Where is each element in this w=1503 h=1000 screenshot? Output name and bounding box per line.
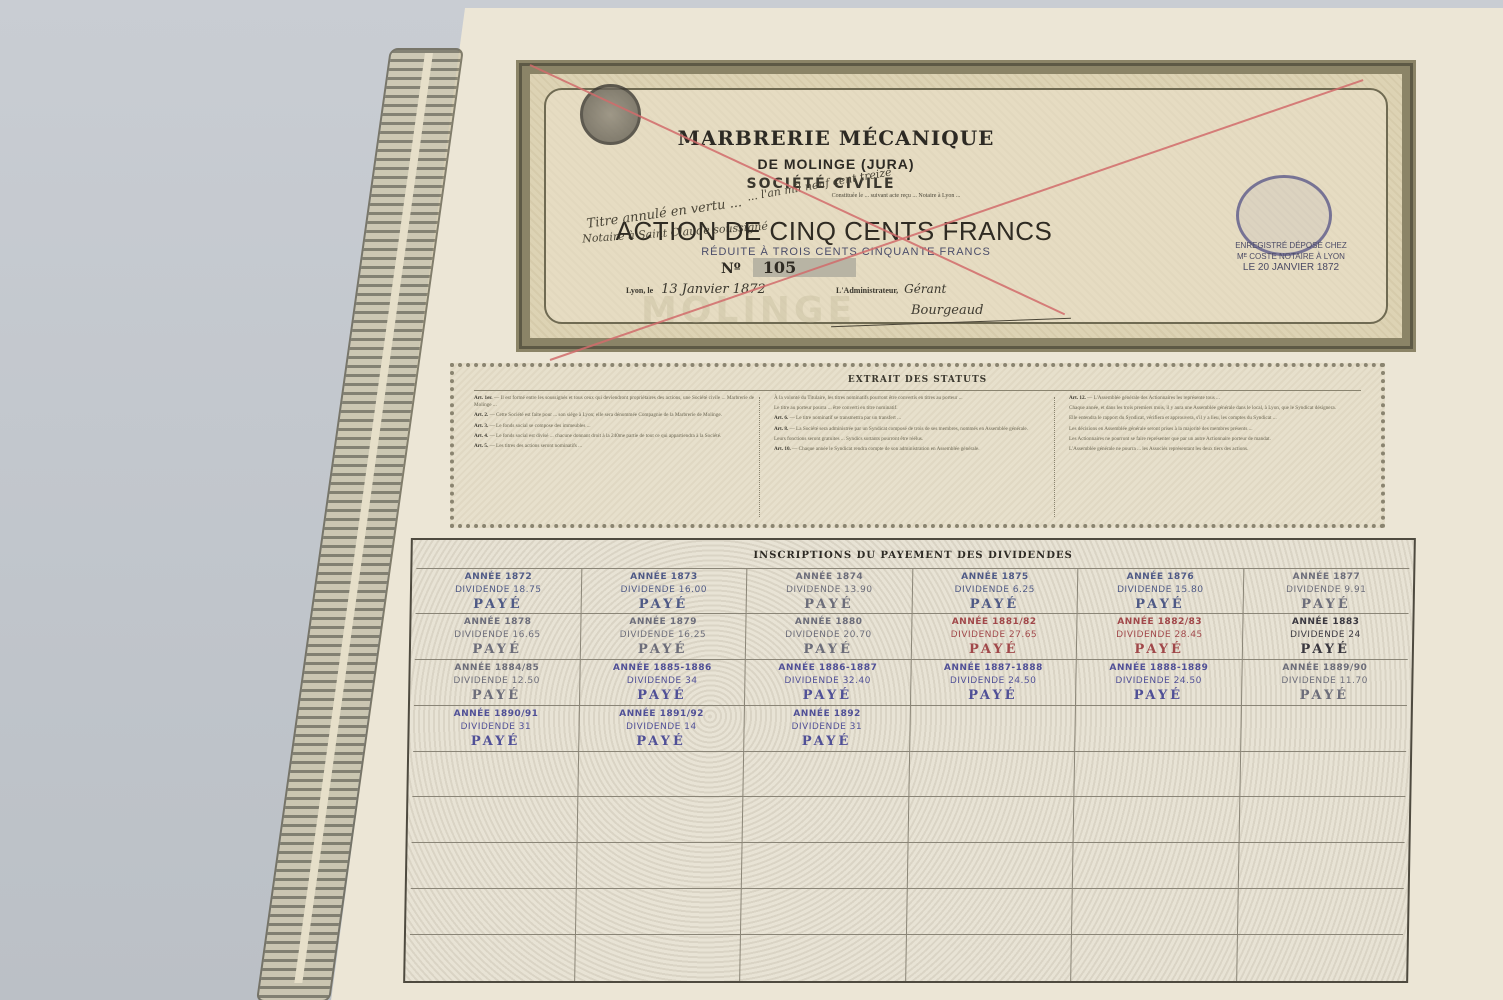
dividend-cell xyxy=(1237,889,1403,935)
dividend-cell xyxy=(1071,935,1237,981)
dividend-cell xyxy=(575,889,741,935)
dividend-year: ANNÉE 1874 xyxy=(747,571,912,584)
paid-label: PAYÉ xyxy=(1242,642,1408,658)
paid-label: PAYÉ xyxy=(745,688,910,704)
paid-stamp: ANNÉE 1872DIVIDENDE 18.75PAYÉ xyxy=(416,571,581,613)
statute-article: Art. 5. — Les titres des actions seront … xyxy=(474,443,754,450)
dividend-cell xyxy=(741,889,907,935)
dividend-amount: DIVIDENDE 16.00 xyxy=(581,584,746,597)
paid-label: PAYÉ xyxy=(579,734,744,750)
paid-label: PAYÉ xyxy=(580,642,745,658)
signature-line xyxy=(831,318,1071,327)
dividend-year: ANNÉE 1887-1888 xyxy=(911,662,1076,675)
dividend-payments-table: INSCRIPTIONS DU PAYEMENT DES DIVIDENDES … xyxy=(403,538,1416,983)
dividend-cell xyxy=(1074,752,1240,798)
statute-article: À la volonté du Titulaire, les titres no… xyxy=(774,395,1054,402)
dividend-amount: DIVIDENDE 34 xyxy=(580,675,745,688)
dividend-cell: ANNÉE 1877DIVIDENDE 9.91PAYÉ xyxy=(1243,568,1409,614)
dividend-cell xyxy=(410,889,576,935)
dividend-cell: ANNÉE 1874DIVIDENDE 13.90PAYÉ xyxy=(747,568,913,614)
dividend-cell: ANNÉE 1884/85DIVIDENDE 12.50PAYÉ xyxy=(414,660,580,706)
article-label: Art. 3. xyxy=(474,423,490,429)
dividend-year: ANNÉE 1882/83 xyxy=(1077,616,1242,629)
dividend-cell: ANNÉE 1890/91DIVIDENDE 31PAYÉ xyxy=(413,706,579,752)
dividend-cell xyxy=(908,797,1074,843)
dividend-cell: ANNÉE 1873DIVIDENDE 16.00PAYÉ xyxy=(581,568,747,614)
certificate-header-panel: MOLINGE MARBRERIE MÉCANIQUE DE MOLINGE (… xyxy=(516,60,1416,352)
dividend-cell: ANNÉE 1888-1889DIVIDENDE 24.50PAYÉ xyxy=(1076,660,1242,706)
paid-label: PAYÉ xyxy=(1241,688,1407,704)
dividend-cell xyxy=(1072,889,1238,935)
dividend-year: ANNÉE 1883 xyxy=(1243,616,1409,629)
dividend-cell xyxy=(412,797,578,843)
dividend-cell: ANNÉE 1876DIVIDENDE 15.80PAYÉ xyxy=(1078,568,1244,614)
paid-stamp: ANNÉE 1874DIVIDENDE 13.90PAYÉ xyxy=(747,571,912,613)
paid-label: PAYÉ xyxy=(579,688,744,704)
paid-label: PAYÉ xyxy=(911,642,1076,658)
statute-article: Art. 8. — La Société sera administrée pa… xyxy=(774,426,1054,433)
statutes-column-1: Art. 1er. — Il est formé entre les souss… xyxy=(474,395,754,453)
dividend-cell xyxy=(1239,797,1405,843)
paid-stamp: ANNÉE 1880DIVIDENDE 20.70PAYÉ xyxy=(746,616,911,658)
paid-stamp: ANNÉE 1875DIVIDENDE 6.25PAYÉ xyxy=(912,571,1077,613)
administrator-block: L'Administrateur,Gérant xyxy=(836,282,946,296)
statute-article: Chaque année, et dans les trois premiers… xyxy=(1069,405,1349,412)
article-label: Art. 10. xyxy=(774,446,792,452)
statute-article: Art. 6. — Le titre nominatif se transmet… xyxy=(774,415,1054,422)
dividend-year: ANNÉE 1873 xyxy=(582,571,747,584)
dividend-year: ANNÉE 1880 xyxy=(746,616,911,629)
dividend-amount: DIVIDENDE 24 xyxy=(1243,629,1409,642)
dividend-cell xyxy=(578,752,744,798)
certificate-inner-frame: MOLINGE MARBRERIE MÉCANIQUE DE MOLINGE (… xyxy=(544,88,1388,324)
dividend-cell xyxy=(409,935,575,981)
dividend-amount: DIVIDENDE 13.90 xyxy=(747,584,912,597)
dividend-cell xyxy=(907,843,1073,889)
statute-article: Art. 1er. — Il est formé entre les souss… xyxy=(474,395,754,409)
paid-label: PAYÉ xyxy=(1077,642,1242,658)
registration-date: LE 20 JANVIER 1872 xyxy=(1226,262,1356,273)
dividend-year: ANNÉE 1875 xyxy=(913,571,1078,584)
dividend-cell: ANNÉE 1883DIVIDENDE 24PAYÉ xyxy=(1242,614,1408,660)
dividend-cell xyxy=(910,706,1076,752)
issue-place-date: Lyon, le13 Janvier 1872 xyxy=(626,282,766,297)
dividend-cell: ANNÉE 1882/83DIVIDENDE 28.45PAYÉ xyxy=(1077,614,1243,660)
dividend-cell: ANNÉE 1889/90DIVIDENDE 11.70PAYÉ xyxy=(1241,660,1407,706)
paid-label: PAYÉ xyxy=(746,642,911,658)
dividend-cell xyxy=(743,752,909,798)
statutes-column-3: Art. 12. — L'Assemblée générale des Acti… xyxy=(1069,395,1349,456)
column-divider xyxy=(1054,397,1055,517)
dividend-amount: DIVIDENDE 6.25 xyxy=(912,584,1077,597)
article-label: Art. 1er. xyxy=(474,395,494,401)
registration-stamp-text: ENREGISTRÉ DÉPOSÉ CHEZ Mᴱ COSTE NOTAIRE … xyxy=(1226,240,1356,273)
article-label: Art. 4. xyxy=(474,433,490,439)
dividend-year: ANNÉE 1892 xyxy=(745,708,910,721)
constitution-text: Constituée le ... suivant acte reçu ... … xyxy=(586,193,1206,199)
dividend-amount: DIVIDENDE 28.45 xyxy=(1077,629,1242,642)
paid-stamp: ANNÉE 1891/92DIVIDENDE 14PAYÉ xyxy=(579,708,744,750)
paid-stamp: ANNÉE 1888-1889DIVIDENDE 24.50PAYÉ xyxy=(1076,662,1241,704)
statute-article: Leurs fonctions seront gratuites ... Syn… xyxy=(774,436,1054,443)
dividend-cell xyxy=(1238,843,1404,889)
statute-article: L'Assemblée générale ne pourra ... les A… xyxy=(1069,446,1349,453)
dividend-cell xyxy=(1237,935,1403,981)
dividend-amount: DIVIDENDE 24.50 xyxy=(1076,675,1241,688)
dividend-year: ANNÉE 1888-1889 xyxy=(1076,662,1241,675)
article-label: Art. 8. xyxy=(774,426,790,432)
paid-label: PAYÉ xyxy=(912,597,1077,613)
paid-label: PAYÉ xyxy=(747,597,912,613)
paid-label: PAYÉ xyxy=(416,597,581,613)
paid-stamp: ANNÉE 1877DIVIDENDE 9.91PAYÉ xyxy=(1243,571,1409,613)
paid-label: PAYÉ xyxy=(910,688,1075,704)
statutes-title: EXTRAIT DES STATUTS xyxy=(454,375,1381,385)
statute-article: Elle entendra le rapport du Syndicat, vé… xyxy=(1069,415,1349,422)
paid-label: PAYÉ xyxy=(415,642,580,658)
dividend-cell xyxy=(740,935,906,981)
dividend-year: ANNÉE 1884/85 xyxy=(414,662,579,675)
dividend-cell xyxy=(1240,752,1406,798)
dividend-cell: ANNÉE 1887-1888DIVIDENDE 24.50PAYÉ xyxy=(910,660,1076,706)
statutes-extract-panel: EXTRAIT DES STATUTS Art. 1er. — Il est f… xyxy=(450,363,1385,528)
dividend-amount: DIVIDENDE 16.65 xyxy=(415,629,580,642)
dividend-cell xyxy=(1073,843,1239,889)
dividend-cell xyxy=(906,935,1072,981)
paid-stamp: ANNÉE 1884/85DIVIDENDE 12.50PAYÉ xyxy=(414,662,579,704)
dividend-cell xyxy=(576,843,742,889)
dividend-cell: ANNÉE 1886-1887DIVIDENDE 32.40PAYÉ xyxy=(745,660,911,706)
registration-line-1: ENREGISTRÉ DÉPOSÉ CHEZ xyxy=(1226,240,1356,251)
administrator-label: L'Administrateur, xyxy=(836,286,898,295)
dividend-amount: DIVIDENDE 9.91 xyxy=(1243,584,1409,597)
dividend-amount: DIVIDENDE 31 xyxy=(744,721,909,734)
paid-stamp: ANNÉE 1878DIVIDENDE 16.65PAYÉ xyxy=(415,616,580,658)
statute-article: Art. 4. — Le fonds social est divisé ...… xyxy=(474,433,754,440)
dividend-cell: ANNÉE 1875DIVIDENDE 6.25PAYÉ xyxy=(912,568,1078,614)
statutes-divider xyxy=(474,390,1361,391)
dividend-amount: DIVIDENDE 20.70 xyxy=(746,629,911,642)
paid-stamp: ANNÉE 1876DIVIDENDE 15.80PAYÉ xyxy=(1078,571,1243,613)
statute-article: Le titre au porteur pourra ... être conv… xyxy=(774,405,1054,412)
dividend-cell xyxy=(743,797,909,843)
paid-stamp: ANNÉE 1885-1886DIVIDENDE 34PAYÉ xyxy=(579,662,744,704)
statutes-column-2: À la volonté du Titulaire, les titres no… xyxy=(774,395,1054,456)
dividend-cell xyxy=(412,752,578,798)
dividend-amount: DIVIDENDE 15.80 xyxy=(1078,584,1243,597)
dividend-year: ANNÉE 1876 xyxy=(1078,571,1243,584)
share-title: ACTION DE CINQ CENTS FRANCS xyxy=(614,216,1054,247)
column-divider xyxy=(759,397,760,517)
dividend-cell: ANNÉE 1880DIVIDENDE 20.70PAYÉ xyxy=(746,614,912,660)
dividend-year: ANNÉE 1886-1887 xyxy=(745,662,910,675)
paid-label: PAYÉ xyxy=(414,688,579,704)
paid-label: PAYÉ xyxy=(413,734,578,750)
dividends-title: INSCRIPTIONS DU PAYEMENT DES DIVIDENDES xyxy=(412,550,1413,561)
dividend-cell xyxy=(577,797,743,843)
dividend-year: ANNÉE 1879 xyxy=(581,616,746,629)
dividend-cell xyxy=(909,752,1075,798)
company-location: DE MOLINGE (JURA) xyxy=(696,156,976,172)
dividend-cell xyxy=(411,843,577,889)
dividend-cell: ANNÉE 1881/82DIVIDENDE 27.65PAYÉ xyxy=(911,614,1077,660)
administrator-signature: Bourgeaud xyxy=(911,303,983,318)
article-label: Art. 6. xyxy=(774,415,790,421)
paid-label: PAYÉ xyxy=(1078,597,1243,613)
share-certificate-paper: MOLINGE MARBRERIE MÉCANIQUE DE MOLINGE (… xyxy=(330,8,1503,1000)
dividend-amount: DIVIDENDE 32.40 xyxy=(745,675,910,688)
dividend-cell: ANNÉE 1885-1886DIVIDENDE 34PAYÉ xyxy=(579,660,745,706)
dividend-cell xyxy=(742,843,908,889)
dividend-cell xyxy=(906,889,1072,935)
dividend-amount: DIVIDENDE 31 xyxy=(413,721,578,734)
statute-article: Les décisions en Assemblée générale sero… xyxy=(1069,426,1349,433)
paid-stamp: ANNÉE 1887-1888DIVIDENDE 24.50PAYÉ xyxy=(910,662,1075,704)
statute-article: Les Actionnaires ne pourront se faire re… xyxy=(1069,436,1349,443)
dividend-cell: ANNÉE 1872DIVIDENDE 18.75PAYÉ xyxy=(416,568,582,614)
dividend-year: ANNÉE 1890/91 xyxy=(414,708,579,721)
dividend-year: ANNÉE 1877 xyxy=(1244,571,1410,584)
paid-stamp: ANNÉE 1883DIVIDENDE 24PAYÉ xyxy=(1242,616,1408,658)
dividend-year: ANNÉE 1878 xyxy=(415,616,580,629)
dividend-cell: ANNÉE 1879DIVIDENDE 16.25PAYÉ xyxy=(580,614,746,660)
article-label: Art. 2. xyxy=(474,412,490,418)
paid-label: PAYÉ xyxy=(744,734,909,750)
dividend-amount: DIVIDENDE 18.75 xyxy=(416,584,581,597)
registration-line-2: Mᴱ COSTE NOTAIRE À LYON xyxy=(1226,251,1356,262)
dividend-cell: ANNÉE 1891/92DIVIDENDE 14PAYÉ xyxy=(579,706,745,752)
dividend-cell: ANNÉE 1878DIVIDENDE 16.65PAYÉ xyxy=(415,614,581,660)
dividend-year: ANNÉE 1885-1886 xyxy=(580,662,745,675)
paid-stamp: ANNÉE 1886-1887DIVIDENDE 32.40PAYÉ xyxy=(745,662,910,704)
paid-stamp: ANNÉE 1882/83DIVIDENDE 28.45PAYÉ xyxy=(1077,616,1242,658)
dividend-cell xyxy=(1241,706,1407,752)
article-label: Art. 12. xyxy=(1069,395,1087,401)
paid-stamp: ANNÉE 1873DIVIDENDE 16.00PAYÉ xyxy=(581,571,746,613)
dividend-grid: ANNÉE 1872DIVIDENDE 18.75PAYÉANNÉE 1873D… xyxy=(409,568,1409,981)
paid-stamp: ANNÉE 1890/91DIVIDENDE 31PAYÉ xyxy=(413,708,578,750)
article-label: Art. 5. xyxy=(474,443,490,449)
paid-stamp: ANNÉE 1889/90DIVIDENDE 11.70PAYÉ xyxy=(1241,662,1407,704)
paid-label: PAYÉ xyxy=(581,597,746,613)
dividend-amount: DIVIDENDE 11.70 xyxy=(1242,675,1408,688)
dividend-year: ANNÉE 1872 xyxy=(416,571,581,584)
paid-label: PAYÉ xyxy=(1243,597,1409,613)
dividend-cell: ANNÉE 1892DIVIDENDE 31PAYÉ xyxy=(744,706,910,752)
dividend-amount: DIVIDENDE 27.65 xyxy=(912,629,1077,642)
dividend-cell xyxy=(575,935,741,981)
statute-article: Art. 3. — Le fonds social se compose des… xyxy=(474,423,754,430)
statute-article: Art. 12. — L'Assemblée générale des Acti… xyxy=(1069,395,1349,402)
administrator-title: Gérant xyxy=(904,282,946,296)
statute-article: Art. 2. — Cette Société est faite pour .… xyxy=(474,412,754,419)
paid-stamp: ANNÉE 1879DIVIDENDE 16.25PAYÉ xyxy=(580,616,745,658)
dividend-year: ANNÉE 1881/82 xyxy=(912,616,1077,629)
number-label: Nº xyxy=(721,261,741,277)
dividend-amount: DIVIDENDE 24.50 xyxy=(911,675,1076,688)
dividend-year: ANNÉE 1891/92 xyxy=(579,708,744,721)
dividend-year: ANNÉE 1889/90 xyxy=(1242,662,1408,675)
paid-stamp: ANNÉE 1892DIVIDENDE 31PAYÉ xyxy=(744,708,909,750)
dividend-amount: DIVIDENDE 12.50 xyxy=(414,675,579,688)
dividend-amount: DIVIDENDE 14 xyxy=(579,721,744,734)
place-label: Lyon, le xyxy=(626,286,653,295)
statute-article: Art. 10. — Chaque année le Syndicat rend… xyxy=(774,446,1054,453)
dividend-cell xyxy=(1075,706,1241,752)
paid-label: PAYÉ xyxy=(1076,688,1241,704)
paid-stamp: ANNÉE 1881/82DIVIDENDE 27.65PAYÉ xyxy=(911,616,1076,658)
dividend-amount: DIVIDENDE 16.25 xyxy=(581,629,746,642)
dividend-cell xyxy=(1074,797,1240,843)
